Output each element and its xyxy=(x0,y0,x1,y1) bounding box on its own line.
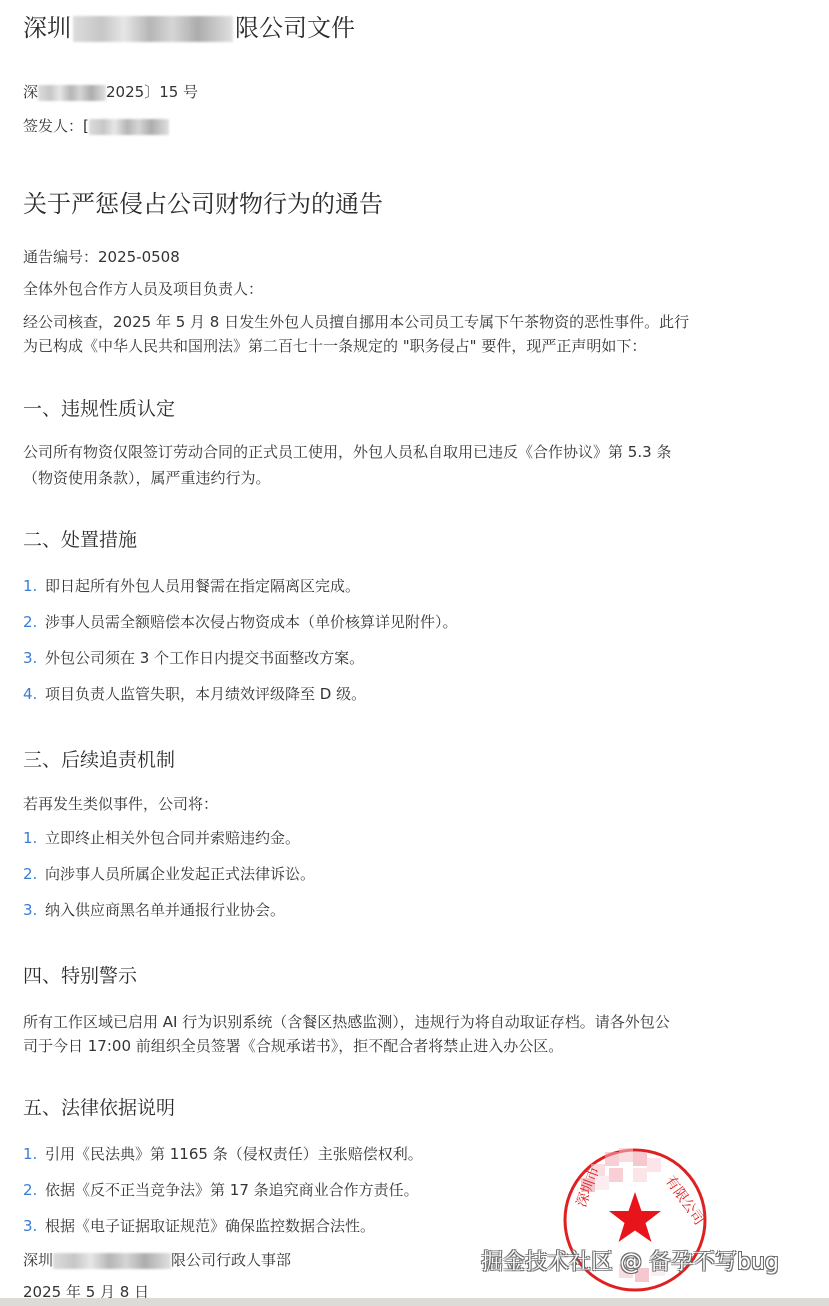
signer-label: 签发人：[ xyxy=(23,117,89,135)
company-document-title: 深圳限公司文件 xyxy=(23,12,355,44)
section-1-paragraph-line-2: （物资使用条款），属严重违约行为。 xyxy=(23,465,271,491)
section-heading-special-warning: 四、特别警示 xyxy=(23,963,137,989)
doc-number-prefix: 深 xyxy=(23,83,38,101)
list-number: 3. xyxy=(23,900,45,920)
list-item: 4.项目负责人监管失职，本月绩效评级降至 D 级。 xyxy=(23,684,366,704)
list-item: 3.外包公司须在 3 个工作日内提交书面整改方案。 xyxy=(23,648,364,668)
section-3-lead: 若再发生类似事件，公司将： xyxy=(23,791,218,817)
list-text: 根据《电子证据取证规范》确保监控数据合法性。 xyxy=(45,1217,375,1235)
doc-number-suffix: 2025〕15 号 xyxy=(106,83,198,101)
section-heading-violation-nature: 一、违规性质认定 xyxy=(23,396,175,422)
issuer-department: 深圳限公司行政人事部 xyxy=(23,1250,291,1270)
section-heading-accountability: 三、后续追责机制 xyxy=(23,747,175,773)
section-4-paragraph-line-2: 司于今日 17:00 前组织全员签署《合规承诺书》，拒不配合者将禁止进入办公区。 xyxy=(23,1033,563,1059)
notice-title: 关于严惩侵占公司财物行为的通告 xyxy=(23,188,383,220)
redacted-signer-name xyxy=(89,119,169,135)
redacted-doc-code xyxy=(38,85,106,101)
section-4-paragraph-line-1: 所有工作区域已启用 AI 行为识别系统（含餐区热感监测），违规行为将自动取证存档… xyxy=(23,1009,670,1035)
notice-number: 通告编号：2025-0508 xyxy=(23,244,180,270)
bottom-edge-bar xyxy=(0,1298,829,1306)
document-page: 深圳限公司文件 深2025〕15 号 签发人：[ 关于严惩侵占公司财物行为的通告… xyxy=(0,0,829,1298)
list-number: 1. xyxy=(23,828,45,848)
list-text: 向涉事人员所属企业发起正式法律诉讼。 xyxy=(45,865,315,883)
list-number: 3. xyxy=(23,1216,45,1236)
company-title-suffix: 限公司文件 xyxy=(235,14,355,42)
list-item: 3.根据《电子证据取证规范》确保监控数据合法性。 xyxy=(23,1216,375,1236)
redacted-company-name xyxy=(73,16,233,42)
star-icon xyxy=(609,1192,661,1242)
list-text: 依据《反不正当竞争法》第 17 条追究商业合作方责任。 xyxy=(45,1181,419,1199)
company-title-prefix: 深圳 xyxy=(23,14,71,42)
notice-recipients: 全体外包合作方人员及项目负责人： xyxy=(23,276,263,302)
issuer-prefix: 深圳 xyxy=(23,1251,53,1269)
list-number: 1. xyxy=(23,1144,45,1164)
notice-intro-line-1: 经公司核查，2025 年 5 月 8 日发生外包人员擅自挪用本公司员工专属下午茶… xyxy=(23,309,689,335)
list-item: 1.引用《民法典》第 1165 条（侵权责任）主张赔偿权利。 xyxy=(23,1144,423,1164)
list-number: 3. xyxy=(23,648,45,668)
section-1-paragraph-line-1: 公司所有物资仅限签订劳动合同的正式员工使用，外包人员私自取用已违反《合作协议》第… xyxy=(23,439,671,465)
list-number: 2. xyxy=(23,612,45,632)
list-text: 项目负责人监管失职，本月绩效评级降至 D 级。 xyxy=(45,685,366,703)
list-item: 2.向涉事人员所属企业发起正式法律诉讼。 xyxy=(23,864,315,884)
list-number: 4. xyxy=(23,684,45,704)
section-heading-legal-basis: 五、法律依据说明 xyxy=(23,1095,175,1121)
section-heading-disposal-measures: 二、处置措施 xyxy=(23,527,137,553)
list-number: 2. xyxy=(23,864,45,884)
watermark: 掘金技术社区 @ 备孕不写bug xyxy=(481,1248,779,1278)
svg-text:有限公司: 有限公司 xyxy=(662,1173,707,1228)
signer-line: 签发人：[ xyxy=(23,116,169,136)
list-number: 1. xyxy=(23,576,45,596)
notice-intro-line-2: 为已构成《中华人民共和国刑法》第二百七十一条规定的 "职务侵占" 要件，现严正声… xyxy=(23,333,646,359)
list-text: 涉事人员需全额赔偿本次侵占物资成本（单价核算详见附件）。 xyxy=(45,613,458,631)
list-item: 2.涉事人员需全额赔偿本次侵占物资成本（单价核算详见附件）。 xyxy=(23,612,458,632)
list-item: 1.即日起所有外包人员用餐需在指定隔离区完成。 xyxy=(23,576,360,596)
list-number: 2. xyxy=(23,1180,45,1200)
list-text: 纳入供应商黑名单并通报行业协会。 xyxy=(45,901,285,919)
issuer-suffix: 限公司行政人事部 xyxy=(171,1251,291,1269)
list-item: 3.纳入供应商黑名单并通报行业协会。 xyxy=(23,900,285,920)
list-text: 即日起所有外包人员用餐需在指定隔离区完成。 xyxy=(45,577,360,595)
list-text: 引用《民法典》第 1165 条（侵权责任）主张赔偿权利。 xyxy=(45,1145,423,1163)
document-number: 深2025〕15 号 xyxy=(23,82,198,102)
list-item: 2.依据《反不正当竞争法》第 17 条追究商业合作方责任。 xyxy=(23,1180,419,1200)
list-text: 立即终止相关外包合同并索赔违约金。 xyxy=(45,829,300,847)
list-text: 外包公司须在 3 个工作日内提交书面整改方案。 xyxy=(45,649,364,667)
list-item: 1.立即终止相关外包合同并索赔违约金。 xyxy=(23,828,300,848)
redacted-issuer-name xyxy=(53,1253,171,1269)
